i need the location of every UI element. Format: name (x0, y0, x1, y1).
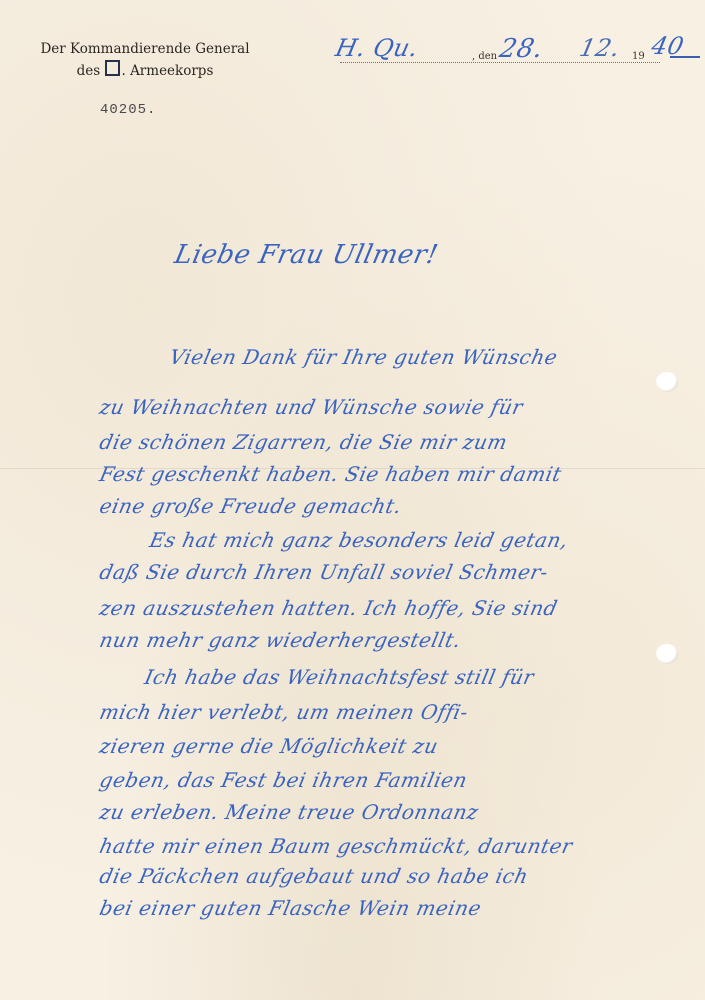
punch-hole-bottom (656, 644, 678, 664)
den-label: , den (472, 51, 497, 62)
body-line: Es hat mich ganz besonders leid getan, (147, 528, 570, 552)
body-line: zu Weihnachten und Wünsche sowie für (97, 395, 525, 419)
place-date-line: H. Qu. , den 28. 12. 19 40 (330, 36, 700, 66)
body-line: die schönen Zigarren, die Sie mir zum (97, 430, 509, 454)
body-line: hatte mir einen Baum geschmückt, darunte… (97, 834, 574, 858)
body-line: die Päckchen aufgebaut und so habe ich (97, 864, 530, 888)
date-month: 12. (577, 34, 623, 62)
year-prefix: 19 (632, 51, 645, 62)
reference-number: 40205. (100, 102, 156, 118)
body-line: Fest geschenkt haben. Sie haben mir dami… (97, 462, 564, 486)
body-line: eine große Freude gemacht. (97, 494, 404, 518)
body-line: bei einer guten Flasche Wein meine (97, 896, 483, 920)
date-day: 28. (497, 34, 546, 64)
body-line: zu erleben. Meine treue Ordonnanz (97, 800, 480, 824)
letterhead-title: Der Kommandierende General (40, 38, 250, 60)
body-line: daß Sie durch Ihren Unfall soviel Schmer… (97, 560, 550, 584)
body-line: Ich habe das Weihnachtsfest still für (142, 665, 536, 689)
body-line: nun mehr ganz wiederhergestellt. (97, 628, 463, 652)
place-name: H. Qu. (333, 34, 421, 62)
body-line: zen auszustehen hatten. Ich hoffe, Sie s… (97, 596, 559, 620)
year-suffix: 40 (649, 32, 686, 60)
body-line: zieren gerne die Möglichkeit zu (97, 734, 440, 758)
letterhead: Der Kommandierende General des . Armeeko… (40, 38, 250, 82)
salutation: Liebe Frau Ullmer! (172, 240, 441, 270)
body-line: Vielen Dank für Ihre guten Wünsche (167, 345, 559, 369)
corps-number-box-icon (105, 60, 120, 76)
body-line: geben, das Fest bei ihren Familien (97, 768, 469, 792)
body-line: mich hier verlebt, um meinen Offi- (97, 700, 470, 724)
letterhead-subtitle: des . Armeekorps (40, 60, 250, 82)
punch-hole-top (656, 372, 678, 392)
